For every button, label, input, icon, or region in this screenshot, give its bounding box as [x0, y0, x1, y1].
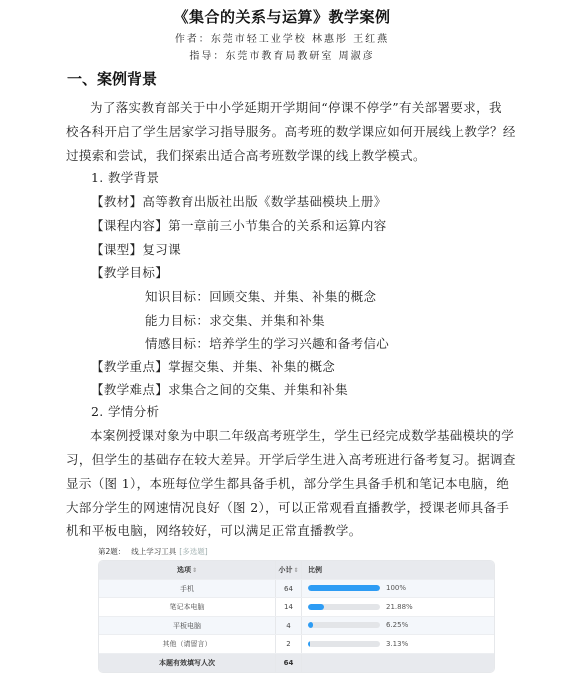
question-type: [多选题]: [179, 547, 207, 556]
ratio-cell: 100%: [302, 580, 494, 598]
table-row: 其他（请留言） 2 3.13%: [99, 635, 494, 654]
survey-results-table: 选项⇕ 小计⇕ 比例 手机 64 100% 笔记本电脑 14 21.88% 平板…: [98, 560, 495, 673]
background-item: 【课型】复习课: [91, 240, 181, 258]
key-point: 【教学重点】掌握交集、并集、补集的概念: [91, 357, 335, 375]
progress-bar: [308, 622, 380, 628]
goal-item: 知识目标：回顾交集、并集、补集的概念: [145, 287, 376, 305]
question-text: 线上学习工具: [131, 547, 176, 556]
analysis-line: 显示（图 1），本班每位学生都具备手机，部分学生具备手机和笔记本电脑，绝: [66, 474, 509, 492]
advisor-line: 指导：东莞市教育局教研室 周淑彦: [0, 47, 564, 62]
count-cell: 64: [276, 580, 302, 598]
analysis-line: 本案例授课对象为中职二年级高考班学生，学生已经完成数学基础模块的学: [90, 426, 514, 444]
progress-fill: [308, 641, 310, 647]
ratio-cell: 21.88%: [302, 598, 494, 616]
percent-label: 21.88%: [386, 603, 413, 611]
goal-item: 能力目标：求交集、并集和补集: [145, 311, 325, 329]
background-item: 【教学目标】: [91, 263, 168, 281]
ratio-cell: 6.25%: [302, 617, 494, 635]
question-number: 第2题：: [98, 547, 125, 556]
author-line: 作者：东莞市轻工业学校 林惠彤 王红燕: [0, 30, 564, 45]
percent-label: 6.25%: [386, 621, 408, 629]
option-cell: 平板电脑: [99, 617, 276, 635]
table-row: 平板电脑 4 6.25%: [99, 617, 494, 636]
ratio-cell: 3.13%: [302, 635, 494, 653]
progress-bar: [308, 604, 380, 610]
total-label: 本题有效填写人次: [99, 654, 276, 673]
option-cell: 其他（请留言）: [99, 635, 276, 653]
column-header-ratio: 比例: [302, 561, 494, 579]
difficulty: 【教学难点】求集合之间的交集、并集和补集: [91, 380, 348, 398]
document-title: 《集合的关系与运算》教学案例: [0, 6, 564, 27]
intro-line: 为了落实教育部关于中小学延期开学期间“停课不停学”有关部署要求，我: [90, 98, 502, 116]
background-item: 【教材】高等教育出版社出版《数学基础模块上册》: [91, 192, 387, 210]
intro-line: 校各科开启了学生居家学习指导服务。高考班的数学课应如何开展线上教学？经: [66, 122, 516, 140]
table-row: 手机 64 100%: [99, 580, 494, 599]
progress-bar: [308, 641, 380, 647]
analysis-line: 机和平板电脑，网络较好，可以满足正常直播教学。: [66, 521, 362, 539]
option-cell: 手机: [99, 580, 276, 598]
progress-fill: [308, 585, 380, 591]
progress-fill: [308, 604, 324, 610]
section-heading: 一、案例背景: [67, 68, 157, 89]
background-item: 【课程内容】第一章前三小节集合的关系和运算内容: [91, 216, 387, 234]
column-header-option[interactable]: 选项⇕: [99, 561, 276, 579]
column-header-count[interactable]: 小计⇕: [276, 561, 302, 579]
progress-fill: [308, 622, 313, 628]
subsection-heading: 2. 学情分析: [91, 402, 159, 420]
progress-bar: [308, 585, 380, 591]
count-cell: 14: [276, 598, 302, 616]
goal-item: 情感目标：培养学生的学习兴趣和备考信心: [145, 334, 389, 352]
subsection-heading: 1. 教学背景: [91, 168, 159, 186]
table-header-row: 选项⇕ 小计⇕ 比例: [99, 561, 494, 580]
survey-question: 第2题：线上学习工具[多选题]: [98, 546, 208, 557]
count-cell: 4: [276, 617, 302, 635]
intro-line: 过摸索和尝试，我们探索出适合高考班数学课的线上教学模式。: [66, 146, 426, 164]
option-cell: 笔记本电脑: [99, 598, 276, 616]
empty-cell: [302, 654, 494, 673]
count-cell: 2: [276, 635, 302, 653]
table-footer-row: 本题有效填写人次 64: [99, 654, 494, 673]
table-row: 笔记本电脑 14 21.88%: [99, 598, 494, 617]
analysis-line: 习，但学生的基础存在较大差异。开学后学生进入高考班进行备考复习。据调查: [66, 450, 516, 468]
percent-label: 100%: [386, 584, 406, 592]
total-count: 64: [276, 654, 302, 673]
sort-icon: ⇕: [293, 567, 298, 574]
analysis-line: 大部分学生的网速情况良好（图 2），可以正常观看直播教学，授课老师具备手: [66, 498, 509, 516]
percent-label: 3.13%: [386, 640, 408, 648]
sort-icon: ⇕: [192, 567, 197, 574]
